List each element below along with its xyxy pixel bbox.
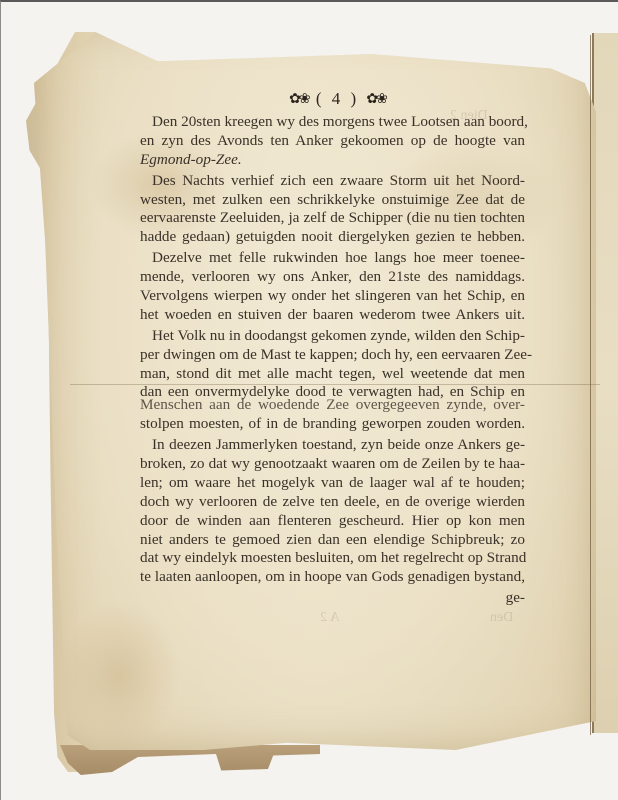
text-line: het woeden en stuiven der baaren wederom… <box>140 306 525 325</box>
text-line: te laaten aanloopen, om in hoope van God… <box>140 568 525 587</box>
text-line: en zyn des Avonds ten Anker gekoomen op … <box>140 132 525 151</box>
text-line: mende, verlooren wy ons Anker, den 21ste… <box>140 268 525 287</box>
text-line: stolpen moesten, of in de branding gewor… <box>140 415 525 434</box>
paragraph-4: Het Volk nu in doodangst gekomen zynde, … <box>140 327 525 434</box>
text-line: man, stond dit met alle macht tegen, wel… <box>140 365 525 384</box>
text-line: doch wy verlooren de zelve ten deele, en… <box>140 493 525 512</box>
text-line: Vervolgens wierpen wy onder het slingere… <box>140 287 525 306</box>
text-line-folded: dan een onvermydelyke dood te verwagten … <box>140 383 525 402</box>
text-line: per dwingen om de Mast te kappen; doch h… <box>140 346 525 365</box>
paragraph-2: Des Nachts verhief zich een zwaare Storm… <box>140 172 525 248</box>
text-line: hadde gedaan) getuigden nooit diergelyke… <box>140 228 525 247</box>
page-header: ✿❀ ( 4 ) ✿❀ <box>150 85 525 113</box>
paragraph-5: In deezen Jammerlyken toestand, zyn beid… <box>140 436 525 587</box>
text-line: In deezen Jammerlyken toestand, zyn beid… <box>140 436 525 455</box>
catchword: ge- <box>140 589 525 609</box>
text-line: westen, met zulken een schrikkelyke onst… <box>140 191 525 210</box>
text-line: dat wy eindelyk moesten besluiten, om he… <box>140 549 525 568</box>
text-line: len; om waare het mogelyk van de laager … <box>140 474 525 493</box>
text-line: broken, zo dat wy genootzaakt waaren om … <box>140 455 525 474</box>
bleed-through-text: A 2 <box>320 610 340 626</box>
text-line: door de winden aan flenteren gescheurd. … <box>140 512 525 531</box>
floral-ornament-icon: ✿❀ <box>289 86 308 114</box>
text-line: Het Volk nu in doodangst gekomen zynde, … <box>140 327 525 346</box>
text-line: Den 20sten kreegen wy des morgens twee L… <box>140 113 525 132</box>
page-edge-crease <box>590 35 591 735</box>
text-line: Des Nachts verhief zich een zwaare Storm… <box>140 172 525 191</box>
bleed-through-text: Den <box>490 610 513 626</box>
page-number: ( 4 ) <box>316 89 359 108</box>
text-line: eervaarenste Zeeluiden, ja zelf de Schip… <box>140 209 525 228</box>
paragraph-1: Den 20sten kreegen wy des morgens twee L… <box>140 113 525 170</box>
floral-ornament-icon: ✿❀ <box>366 86 385 114</box>
text-line: niet anders te gemoed zien dan een elend… <box>140 531 525 550</box>
paragraph-3: Dezelve met felle rukwinden hoe langs ho… <box>140 249 525 325</box>
page-body: ✿❀ ( 4 ) ✿❀ Den 20sten kreegen wy des mo… <box>140 85 525 609</box>
place-name: Egmond-op-Zee. <box>140 151 525 170</box>
text-line: Dezelve met felle rukwinden hoe langs ho… <box>140 249 525 268</box>
